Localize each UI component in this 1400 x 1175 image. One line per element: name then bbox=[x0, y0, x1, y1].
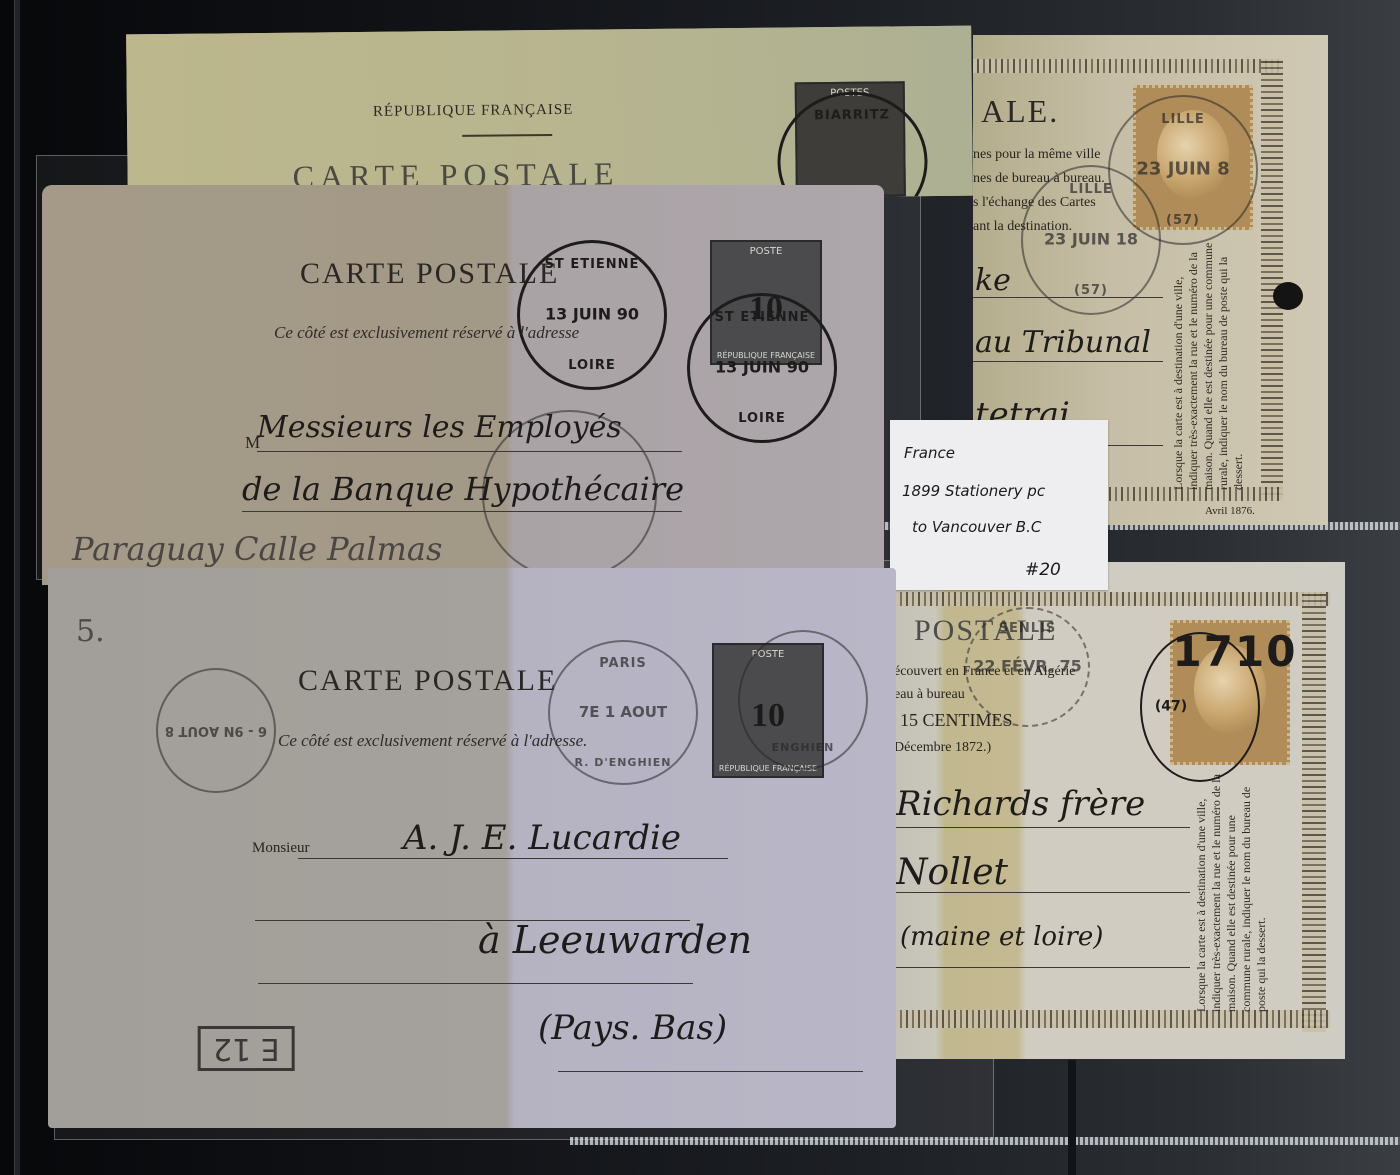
postmark-st-etienne-1: ST ETIENNE 13 JUIN 90 LOIRE bbox=[517, 240, 667, 390]
postmark-dept: LOIRE bbox=[690, 411, 834, 426]
address-line-1: ke bbox=[975, 263, 1011, 298]
postcard-1872-maine-et-loire: POSTALE écouvert en France et en Algérie… bbox=[890, 562, 1345, 1059]
label-description: 1899 Stationery pc bbox=[902, 482, 1045, 500]
arrival-postmark: 6 - 9N AOUT 8 bbox=[156, 668, 276, 793]
postmark-lille-2: LILLE 23 JUIN 18 (57) bbox=[1021, 165, 1161, 315]
postmark-date: 23 JUIN 8 bbox=[1136, 161, 1229, 180]
postcard-st-etienne: CARTE POSTALE Ce côté est exclusivement … bbox=[42, 185, 884, 585]
label-price: #20 bbox=[1025, 560, 1061, 580]
sleeve-divider bbox=[1068, 1060, 1076, 1175]
address-line bbox=[973, 361, 1163, 362]
postmark-enghien-2: ENGHIEN bbox=[738, 630, 868, 770]
address-line bbox=[258, 983, 693, 984]
postmark-route: R. D'ENGHIEN bbox=[550, 756, 696, 769]
address-line bbox=[890, 827, 1190, 828]
postmark-date: 13 JUIN 90 bbox=[545, 307, 639, 324]
text-line: nes pour la même ville bbox=[973, 147, 1101, 163]
postmark-town: BIARRITZ bbox=[780, 107, 924, 124]
label-country: France bbox=[904, 444, 955, 462]
address-line bbox=[242, 511, 682, 512]
postmark-town: SENLIS bbox=[967, 621, 1088, 636]
address-line-3: (maine et loire) bbox=[900, 922, 1103, 952]
handwritten-label: France 1899 Stationery pc to Vancouver B… bbox=[890, 420, 1108, 590]
postmark-dept: (47) bbox=[1155, 700, 1187, 715]
arrival-postmark-text: 6 - 9N AOUT 8 bbox=[165, 724, 267, 738]
address-line-2: à Leeuwarden bbox=[478, 918, 752, 962]
postmark-town: ST ETIENNE bbox=[520, 257, 664, 272]
ornament-border-bottom bbox=[890, 1010, 1330, 1028]
address-line-3: Paraguay Calle Palmas bbox=[72, 530, 442, 568]
postmark-senlis: SENLIS 22 FÉVR. 75 bbox=[965, 607, 1090, 727]
address-line-1: Richards frère bbox=[896, 784, 1145, 824]
postmark-st-etienne-2: ST ETIENNE 13 JUIN 90 LOIRE bbox=[687, 293, 837, 443]
album-binder-rail bbox=[14, 0, 20, 1175]
address-line bbox=[298, 858, 728, 859]
address-line bbox=[558, 1071, 863, 1072]
card-title: CARTE POSTALE bbox=[298, 664, 557, 698]
box-mark: E 12 bbox=[198, 1026, 295, 1071]
postmark-town: LILLE bbox=[1110, 112, 1256, 127]
header-ornament bbox=[462, 134, 552, 137]
address-line-1: A. J. E. Lucardie bbox=[403, 818, 681, 858]
instructions-vertical: Lorsque la carte est à destination d'une… bbox=[1194, 767, 1294, 1012]
ornament-border-right bbox=[1261, 59, 1283, 499]
instructions-vertical: Lorsque la carte est à destination d'une… bbox=[1171, 235, 1261, 490]
collector-number: 5. bbox=[76, 614, 105, 649]
numeral-cancel: 1710 bbox=[1160, 592, 1310, 712]
postcard-green-biarritz: RÉPUBLIQUE FRANÇAISE CARTE POSTALE POSTE… bbox=[126, 26, 973, 205]
address-line-2: au Tribunal bbox=[975, 325, 1151, 360]
text-line: Décembre 1872.) bbox=[894, 740, 991, 756]
postcard-paris-enghien: 5. CARTE POSTALE Ce côté est exclusiveme… bbox=[48, 568, 896, 1128]
postmark-route: ENGHIEN bbox=[740, 741, 866, 754]
postmark-town: ST ETIENNE bbox=[690, 310, 834, 325]
label-destination: to Vancouver B.C bbox=[912, 518, 1041, 536]
address-line-2: Nollet bbox=[896, 852, 1008, 893]
postmark-dept: LOIRE bbox=[520, 358, 664, 373]
address-line bbox=[257, 451, 682, 452]
postmark-town: PARIS bbox=[550, 656, 696, 671]
postmark-town: LILLE bbox=[1023, 182, 1159, 197]
address-line-1: Messieurs les Employés bbox=[257, 410, 622, 445]
postmark-date: 23 JUIN 18 bbox=[1044, 232, 1138, 249]
numeral-cancel-value: 1710 bbox=[1173, 630, 1298, 674]
stamp-label: POSTE bbox=[712, 246, 820, 257]
header-republique: RÉPUBLIQUE FRANÇAISE bbox=[373, 102, 574, 121]
card-title-fragment: ALE. bbox=[981, 93, 1059, 130]
ink-blot bbox=[1273, 282, 1303, 310]
ornament-border-top bbox=[973, 59, 1283, 73]
text-line: eau à bureau bbox=[894, 687, 965, 703]
postmark-date: 13 JUIN 90 bbox=[715, 360, 809, 377]
postmark-paris-enghien: PARIS 7E 1 AOUT R. D'ENGHIEN bbox=[548, 640, 698, 785]
sleeve-weld-bottom bbox=[570, 1137, 1400, 1145]
card-subline: Ce côté est exclusivement réservé à l'ad… bbox=[278, 731, 587, 751]
address-line-3: (Pays. Bas) bbox=[538, 1008, 727, 1048]
postmark-date: 22 FÉVR. 75 bbox=[973, 659, 1082, 676]
address-prefix: Monsieur bbox=[252, 840, 310, 857]
address-line-2: de la Banque Hypothécaire bbox=[242, 470, 684, 508]
imprint-date: Avril 1876. bbox=[1205, 505, 1255, 517]
address-line bbox=[890, 967, 1190, 968]
postmark-date: 7E 1 AOUT bbox=[579, 705, 667, 721]
